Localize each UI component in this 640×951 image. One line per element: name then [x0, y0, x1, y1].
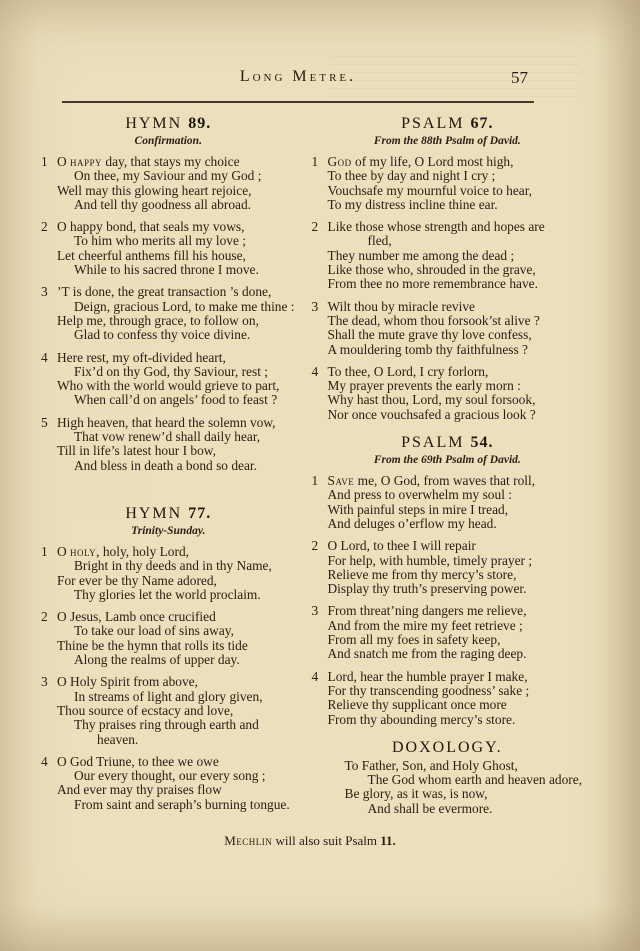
verse: 1Save me, O God, from waves that roll,An…: [313, 474, 583, 531]
verse-line: Let cheerful anthems fill his house,: [57, 249, 295, 263]
verse-line: For ever be thy Name adored,: [57, 574, 295, 588]
verse-line: O holy, holy, holy Lord,: [57, 545, 295, 559]
verse-line: fled,: [368, 234, 583, 248]
section-title-number: 67.: [470, 115, 493, 132]
verse-line: Who with the world would grieve to part,: [57, 379, 295, 393]
right-column: PSALM 67.From the 88th Psalm of David.1G…: [295, 107, 583, 824]
verse-number: 4: [312, 365, 319, 379]
verse: 3’T is done, the great transaction ’s do…: [42, 285, 295, 342]
verse-line: From saint and seraph’s burning tongue.: [74, 798, 295, 812]
verse-line: The God whom earth and heaven adore,: [368, 773, 583, 787]
verse-number: 3: [312, 604, 319, 618]
page-header: Long Metre. 57: [62, 68, 534, 90]
section-title: HYMN 77.: [42, 505, 295, 523]
verse-line: Save me, O God, from waves that roll,: [328, 474, 583, 488]
verse-line: And deluges o’erflow my head.: [328, 517, 583, 531]
verse: 4O God Triune, to thee we oweOur every t…: [42, 755, 295, 812]
verse-line: While to his sacred throne I move.: [74, 263, 295, 277]
verse: 3From threat’ning dangers me relieve,And…: [313, 604, 583, 661]
running-head-title: Long Metre.: [62, 68, 534, 86]
left-column: HYMN 89.Confirmation.1O happy day, that …: [42, 107, 295, 824]
section-subtitle: From the 88th Psalm of David.: [313, 135, 583, 147]
verse-line: O Lord, to thee I will repair: [328, 539, 583, 553]
small-caps-text: God: [328, 154, 352, 169]
verse: 2O happy bond, that seals my vows,To him…: [42, 220, 295, 277]
verse-line: High heaven, that heard the solemn vow,: [57, 416, 295, 430]
verse-number: 2: [312, 220, 319, 234]
verse-line: Glad to confess thy voice divine.: [74, 328, 295, 342]
verse-line: O Jesus, Lamb once crucified: [57, 610, 295, 624]
two-column-text-block: HYMN 89.Confirmation.1O happy day, that …: [42, 107, 573, 824]
verse-number: 4: [312, 670, 319, 684]
verse-line: Shall the mute grave thy love confess,: [328, 328, 583, 342]
verse-line: And bless in death a bond so dear.: [74, 459, 295, 473]
verse-line: Thou source of ecstacy and love,: [57, 704, 295, 718]
verse-line: Along the realms of upper day.: [74, 653, 295, 667]
verse: 3O Holy Spirit from above,In streams of …: [42, 675, 295, 746]
verse-number: 1: [312, 155, 319, 169]
verse-line: ’T is done, the great transaction ’s don…: [57, 285, 295, 299]
verse-number: 3: [312, 300, 319, 314]
small-caps-text: happy: [70, 154, 102, 169]
verse-line: And snatch me from the raging deep.: [328, 647, 583, 661]
verse-number: 3: [41, 285, 48, 299]
section-title-number: 77.: [188, 505, 211, 522]
hymn-section: HYMN 89.Confirmation.1O happy day, that …: [42, 115, 295, 473]
verse-line: Help me, through grace, to follow on,: [57, 314, 295, 328]
verse-line: Vouchsafe my mournful voice to hear,: [328, 184, 583, 198]
scanned-page-background: Long Metre. 57 HYMN 89.Confirmation.1O h…: [0, 0, 640, 951]
verse-line: A mouldering tomb thy faithfulness ?: [328, 343, 583, 357]
verse: 1O happy day, that stays my choiceOn the…: [42, 155, 295, 212]
verse-line: They number me among the dead ;: [328, 249, 583, 263]
verse-line: Thy glories let the world proclaim.: [74, 588, 295, 602]
section-title-number: 89.: [188, 115, 211, 132]
verse-line: Bright in thy deeds and in thy Name,: [74, 559, 295, 573]
verse-number: 1: [41, 545, 48, 559]
verse-number: 2: [41, 610, 48, 624]
small-caps-text: Save: [328, 473, 355, 488]
bold-text: 11.: [380, 833, 396, 848]
verse-line: To Father, Son, and Holy Ghost,: [345, 759, 583, 773]
verse-line: In streams of light and glory given,: [74, 690, 295, 704]
verse-line: And tell thy goodness all abroad.: [74, 198, 295, 212]
verse-line: heaven.: [97, 733, 295, 747]
section-title-label: PSALM: [401, 434, 464, 451]
hymn-section: PSALM 54.From the 69th Psalm of David.1S…: [313, 434, 583, 727]
verse: 3Wilt thou by miracle reviveThe dead, wh…: [313, 300, 583, 357]
verse-line: Why hast thou, Lord, my soul forsook,: [328, 393, 583, 407]
verse-number: 2: [41, 220, 48, 234]
verse-line: The dead, whom thou forsook’st alive ?: [328, 314, 583, 328]
verse-line: And from the mire my feet retrieve ;: [328, 619, 583, 633]
verse-line: Thine be the hymn that rolls its tide: [57, 639, 295, 653]
verse-line: Wilt thou by miracle revive: [328, 300, 583, 314]
verse-line: O happy bond, that seals my vows,: [57, 220, 295, 234]
verse-line: Thy praises ring through earth and: [74, 718, 295, 732]
verse-line: From all my foes in safety keep,: [328, 633, 583, 647]
verse-line: For thy transcending goodness’ sake ;: [328, 684, 583, 698]
verse-line: Deign, gracious Lord, to make me thine :: [74, 300, 295, 314]
verse-line: And ever may thy praises flow: [57, 783, 295, 797]
section-title-label: HYMN: [125, 505, 182, 522]
verse-number: 1: [312, 474, 319, 488]
small-caps-text: holy: [70, 544, 96, 559]
section-title: PSALM 54.: [313, 434, 583, 452]
verse-line: And press to overwhelm my soul :: [328, 488, 583, 502]
verse: 2Like those whose strength and hopes are…: [313, 220, 583, 291]
verse: 4Lord, hear the humble prayer I make,For…: [313, 670, 583, 727]
verse: 4Here rest, my oft-divided heart,Fix’d o…: [42, 351, 295, 408]
verse-line: Our every thought, our every song ;: [74, 769, 295, 783]
verse-line: To thee, O Lord, I cry forlorn,: [328, 365, 583, 379]
small-caps-text: Mechlin: [224, 833, 272, 848]
section-subtitle: From the 69th Psalm of David.: [313, 454, 583, 466]
verse-line: To him who merits all my love ;: [74, 234, 295, 248]
verse: To Father, Son, and Holy Ghost,The God w…: [313, 759, 583, 816]
section-title-label: DOXOLOGY.: [392, 739, 503, 756]
verse-line: To take our load of sins away,: [74, 624, 295, 638]
hymn-section: DOXOLOGY.To Father, Son, and Holy Ghost,…: [313, 739, 583, 816]
section-title-number: 54.: [470, 434, 493, 451]
verse-number: 5: [41, 416, 48, 430]
verse-line: When call’d on angels’ food to feast ?: [74, 393, 295, 407]
verse-number: 1: [41, 155, 48, 169]
section-title: HYMN 89.: [42, 115, 295, 133]
section-subtitle: Confirmation.: [42, 135, 295, 147]
verse-number: 2: [312, 539, 319, 553]
section-title-label: HYMN: [125, 115, 182, 132]
verse-line: My prayer prevents the early morn :: [328, 379, 583, 393]
verse: 5High heaven, that heard the solemn vow,…: [42, 416, 295, 473]
verse-line: To thee by day and night I cry ;: [328, 169, 583, 183]
verse-line: From threat’ning dangers me relieve,: [328, 604, 583, 618]
footer-tune-note: Mechlin will also suit Psalm 11.: [0, 833, 620, 849]
verse: 2O Lord, to thee I will repairFor help, …: [313, 539, 583, 596]
hymn-section: HYMN 77.Trinity-Sunday.1O holy, holy, ho…: [42, 505, 295, 812]
verse-line: O happy day, that stays my choice: [57, 155, 295, 169]
verse: 1O holy, holy, holy Lord,Bright in thy d…: [42, 545, 295, 602]
verse-line: Relieve me from thy mercy’s store,: [328, 568, 583, 582]
verse-line: To my distress incline thine ear.: [328, 198, 583, 212]
verse-line: Display thy truth’s preserving power.: [328, 582, 583, 596]
verse-line: That vow renew’d shall daily hear,: [74, 430, 295, 444]
verse-line: Lord, hear the humble prayer I make,: [328, 670, 583, 684]
verse-line: Like those who, shrouded in the grave,: [328, 263, 583, 277]
verse-line: O God Triune, to thee we owe: [57, 755, 295, 769]
verse-line: God of my life, O Lord most high,: [328, 155, 583, 169]
verse-line: Nor once vouchsafed a gracious look ?: [328, 408, 583, 422]
verse-line: O Holy Spirit from above,: [57, 675, 295, 689]
verse-line: With painful steps in mire I tread,: [328, 503, 583, 517]
verse-line: From thy abounding mercy’s store.: [328, 713, 583, 727]
header-rule: [62, 101, 534, 103]
hymn-section: PSALM 67.From the 88th Psalm of David.1G…: [313, 115, 583, 422]
section-title: DOXOLOGY.: [313, 739, 583, 757]
section-title-label: PSALM: [401, 115, 464, 132]
verse-line: And shall be evermore.: [368, 802, 583, 816]
verse-number: 3: [41, 675, 48, 689]
verse-line: Here rest, my oft-divided heart,: [57, 351, 295, 365]
verse-number: 4: [41, 755, 48, 769]
verse-line: Relieve thy supplicant once more: [328, 698, 583, 712]
page-number: 57: [511, 68, 528, 88]
verse-line: On thee, my Saviour and my God ;: [74, 169, 295, 183]
verse: 1God of my life, O Lord most high,To the…: [313, 155, 583, 212]
section-subtitle: Trinity-Sunday.: [42, 525, 295, 537]
verse-number: 4: [41, 351, 48, 365]
section-title: PSALM 67.: [313, 115, 583, 133]
verse-line: Fix’d on thy God, thy Saviour, rest ;: [74, 365, 295, 379]
verse: 2O Jesus, Lamb once crucifiedTo take our…: [42, 610, 295, 667]
verse-line: Be glory, as it was, is now,: [345, 787, 583, 801]
verse-line: Well may this glowing heart rejoice,: [57, 184, 295, 198]
verse-line: From thee no more remembrance have.: [328, 277, 583, 291]
verse: 4To thee, O Lord, I cry forlorn,My praye…: [313, 365, 583, 422]
verse-line: Like those whose strength and hopes are: [328, 220, 583, 234]
verse-line: For help, with humble, timely prayer ;: [328, 554, 583, 568]
verse-line: Till in life’s latest hour I bow,: [57, 444, 295, 458]
